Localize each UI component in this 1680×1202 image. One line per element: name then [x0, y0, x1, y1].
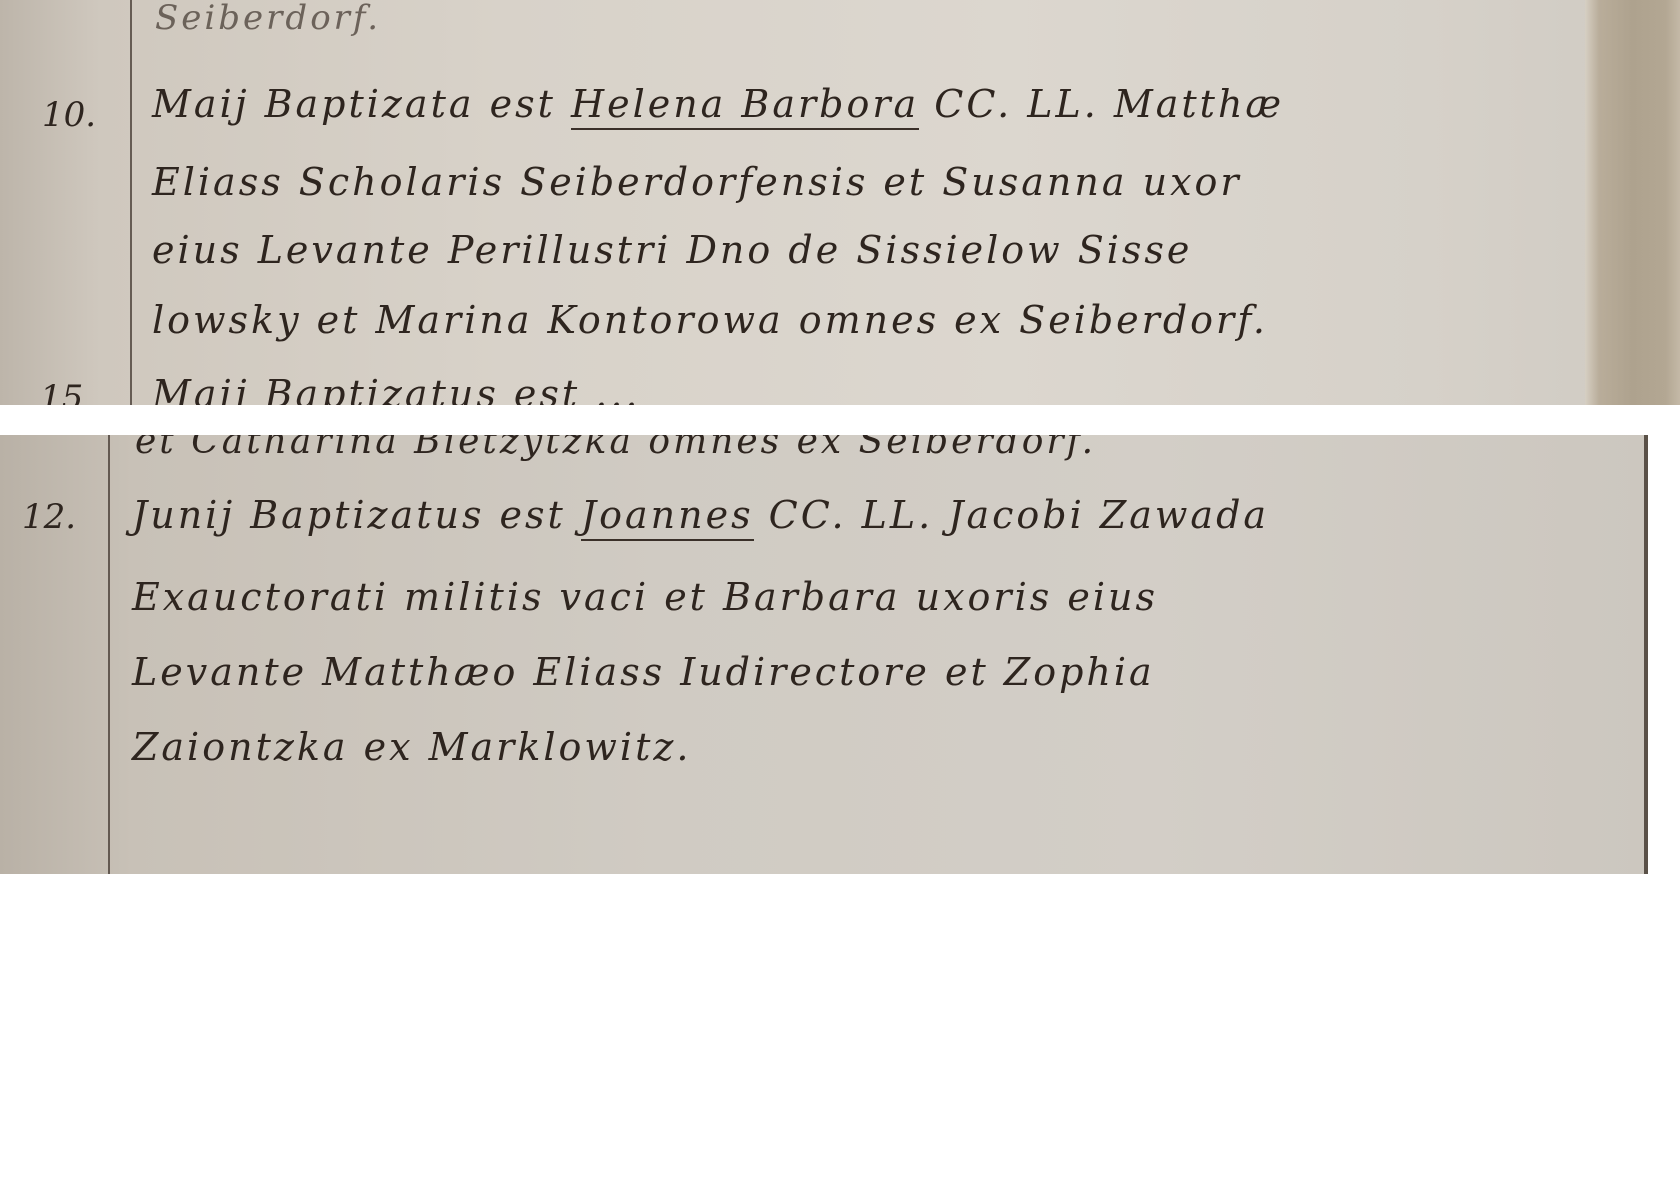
entry-line-2: Exauctorati militis vaci et Barbara uxor…	[132, 575, 1158, 619]
register-fragment-top: Seiberdorf. 10. Maij Baptizata est Helen…	[0, 0, 1680, 405]
entry-text: CC. LL. Jacobi Zawada	[754, 493, 1270, 537]
child-name: Joannes	[581, 493, 754, 541]
entry-line-3: Levante Matthæo Eliass Iudirectore et Zo…	[132, 650, 1155, 694]
entry-line-1: Maij Baptizata est Helena Barbora CC. LL…	[152, 82, 1284, 126]
entry-line-3: eius Levante Perillustri Dno de Sissielo…	[152, 228, 1192, 272]
entry-text: Maij Baptizata est	[152, 82, 571, 126]
entry-line-4: lowsky et Marina Kontorowa omnes ex Seib…	[152, 298, 1268, 342]
entry-line-1: Junij Baptizatus est Joannes CC. LL. Jac…	[132, 493, 1269, 537]
entry-line-2: Eliass Scholaris Seiberdorfensis et Susa…	[152, 160, 1242, 204]
entry-line-partial: Maij Baptizatus est ...	[152, 372, 640, 405]
margin-rule	[108, 435, 110, 874]
entry-day-number: 15.	[40, 378, 94, 405]
text-line: et Catharina Bietzytzka omnes ex Seiberd…	[135, 435, 1096, 462]
entry-line-4: Zaiontzka ex Marklowitz.	[132, 725, 691, 769]
entry-text: Junij Baptizatus est	[132, 493, 581, 537]
register-fragment-bottom: et Catharina Bietzytzka omnes ex Seiberd…	[0, 435, 1648, 874]
page-edge	[1644, 435, 1648, 874]
entry-day-number: 12.	[22, 497, 76, 537]
child-name: Helena Barbora	[571, 82, 919, 130]
page-edge	[1585, 0, 1680, 405]
text-line: Seiberdorf.	[155, 0, 381, 38]
margin-rule	[130, 0, 132, 405]
entry-day-number: 10.	[42, 95, 96, 135]
entry-text: CC. LL. Matthæ	[919, 82, 1284, 126]
